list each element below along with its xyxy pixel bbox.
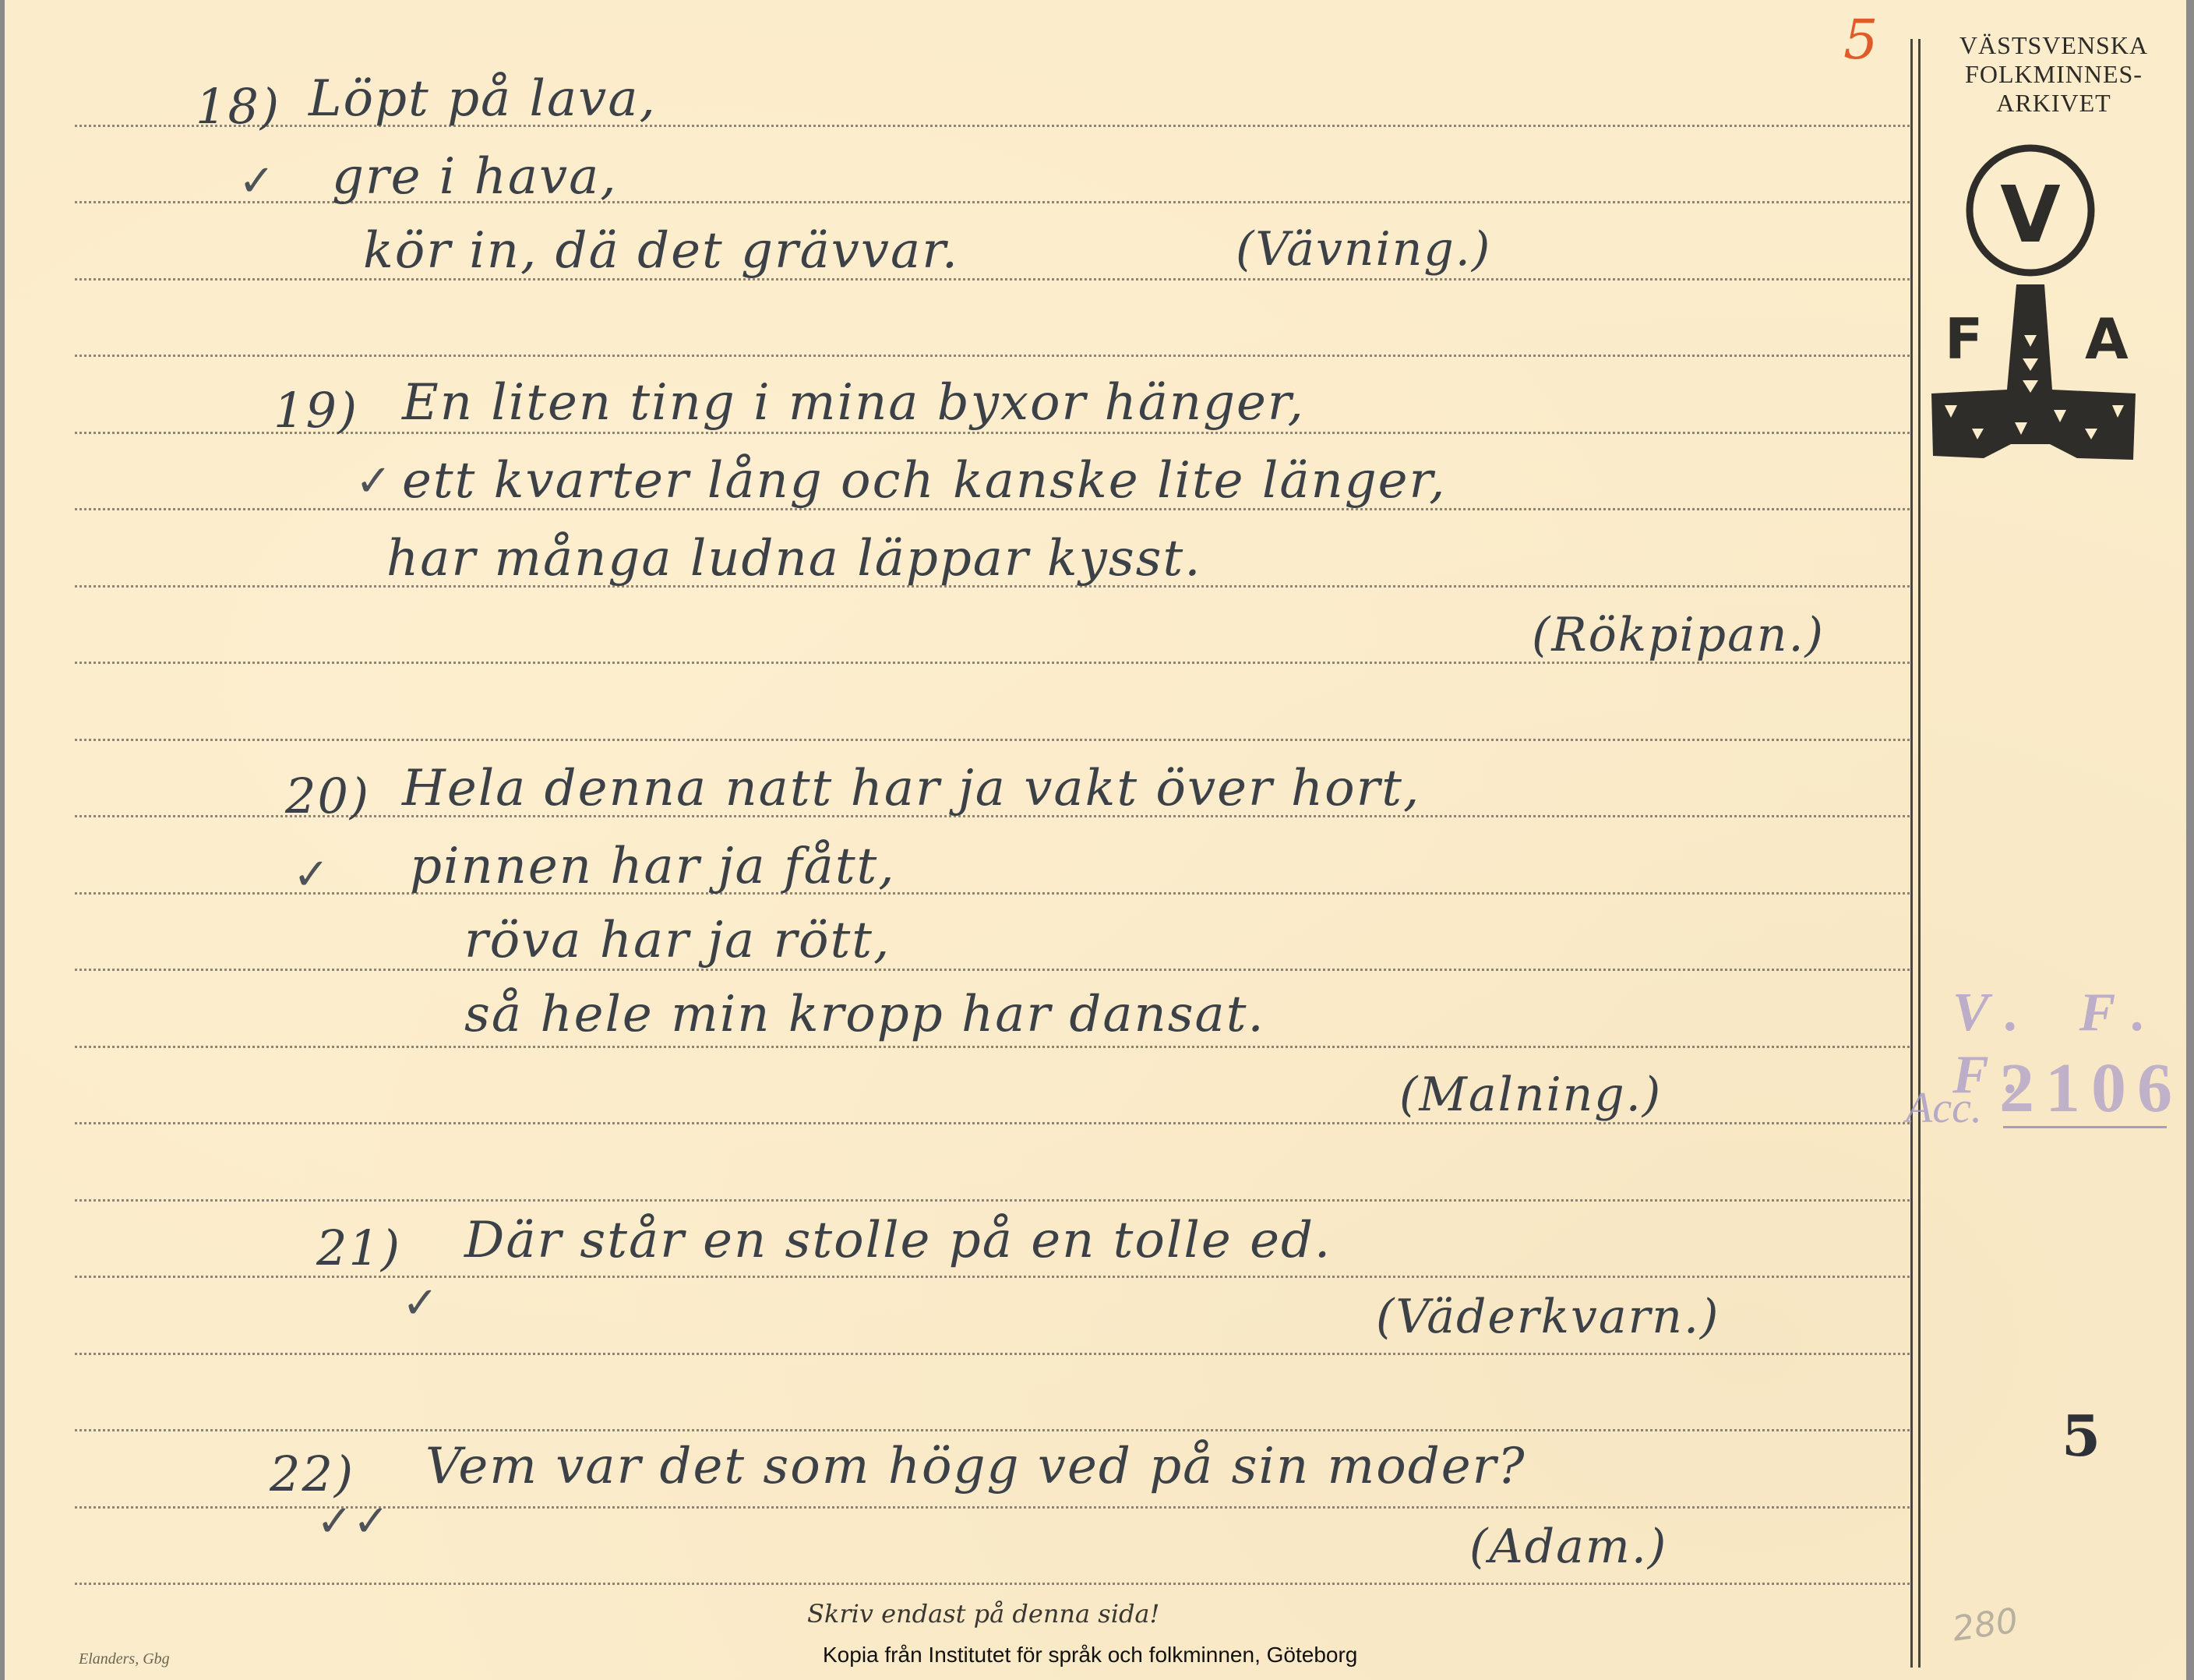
stamp-underline — [2003, 1126, 2167, 1128]
pencil-note: 280 — [1950, 1601, 2020, 1649]
ruled-line — [75, 1046, 1910, 1048]
accession-stamp: V. F. F. Acc. 2106 — [1906, 966, 2186, 1145]
riddle-answer: (Adam.) — [1469, 1519, 1667, 1574]
riddle-line: röva har ja rött, — [464, 912, 891, 969]
riddle-line: Där står en stolle på en tolle ed. — [464, 1212, 1332, 1269]
entry-number: 20) — [285, 768, 370, 824]
riddle-answer: (Väderkvarn.) — [1376, 1290, 1720, 1344]
riddle-line: Hela denna natt har ja vakt över hort, — [402, 760, 1420, 817]
stamp-acc-number: 2106 — [1999, 1048, 2183, 1128]
ruled-line — [75, 278, 1910, 281]
margin-line — [1918, 39, 1921, 1668]
riddle-line: ett kvarter lång och kanske lite länger, — [402, 452, 1446, 510]
ruled-line — [75, 1429, 1910, 1431]
logo-letter-f: F — [1945, 306, 1983, 372]
entry-number: 22) — [270, 1445, 354, 1502]
riddle-line: gre i hava, — [332, 148, 618, 206]
archive-title: VÄSTSVENSKA FOLKMINNES- ARKIVET — [1929, 31, 2178, 118]
ruled-line — [75, 1353, 1910, 1355]
entry-number: 21) — [316, 1219, 401, 1276]
riddle-answer: (Vävning.) — [1236, 222, 1491, 277]
logo-letter-a: A — [2085, 306, 2129, 372]
checkmark-icon: ✓ — [238, 156, 275, 206]
ruled-line — [75, 969, 1910, 971]
riddle-line: En liten ting i mina byxor hänger, — [402, 374, 1305, 432]
entry-number: 19) — [273, 382, 358, 439]
logo-letter-v: V — [2000, 169, 2060, 260]
ruled-line — [75, 892, 1910, 895]
archive-title-line: VÄSTSVENSKA — [1929, 31, 2178, 60]
archive-title-line: ARKIVET — [1929, 89, 2178, 118]
thors-hammer-icon: V F A — [1929, 132, 2163, 460]
side-page-number: 5 — [2062, 1403, 2101, 1469]
riddle-line: Löpt på lava, — [309, 70, 657, 128]
checkmark-icon: ✓✓ — [316, 1496, 390, 1547]
checkmark-icon: ✓ — [355, 456, 392, 506]
ruled-line — [75, 1583, 1910, 1585]
archive-title-line: FOLKMINNES- — [1929, 60, 2178, 89]
riddle-line: har många ludna läppar kysst. — [386, 530, 1202, 588]
riddle-line: kör in, dä det grävvar. — [363, 222, 959, 280]
stamp-acc-label: Acc. — [1906, 1083, 1982, 1133]
archive-form-page: 5 VÄSTSVENSKA FOLKMINNES- ARKIVET V F A … — [5, 0, 2186, 1680]
checkmark-icon: ✓ — [293, 849, 330, 900]
ruled-line — [75, 355, 1910, 357]
ruled-line — [75, 1199, 1910, 1202]
form-instruction: Skriv endast på denna sida! — [807, 1599, 1159, 1629]
checkmark-icon: ✓ — [402, 1278, 439, 1329]
ruled-line — [75, 1122, 1910, 1124]
printer-mark: Elanders, Gbg — [79, 1650, 170, 1668]
ruled-line — [75, 739, 1910, 741]
page-number-red: 5 — [1843, 8, 1878, 72]
riddle-answer: (Rökpipan.) — [1532, 608, 1825, 662]
riddle-line: så hele min kropp har dansat. — [464, 986, 1265, 1043]
riddle-line: Vem var det som högg ved på sin moder? — [425, 1438, 1526, 1495]
margin-line — [1910, 39, 1913, 1668]
riddle-answer: (Malning.) — [1399, 1068, 1662, 1122]
copy-notice: Kopia från Institutet för språk och folk… — [823, 1643, 1357, 1668]
entry-number: 18) — [196, 78, 280, 135]
riddle-line: pinnen har ja fått, — [410, 838, 896, 895]
